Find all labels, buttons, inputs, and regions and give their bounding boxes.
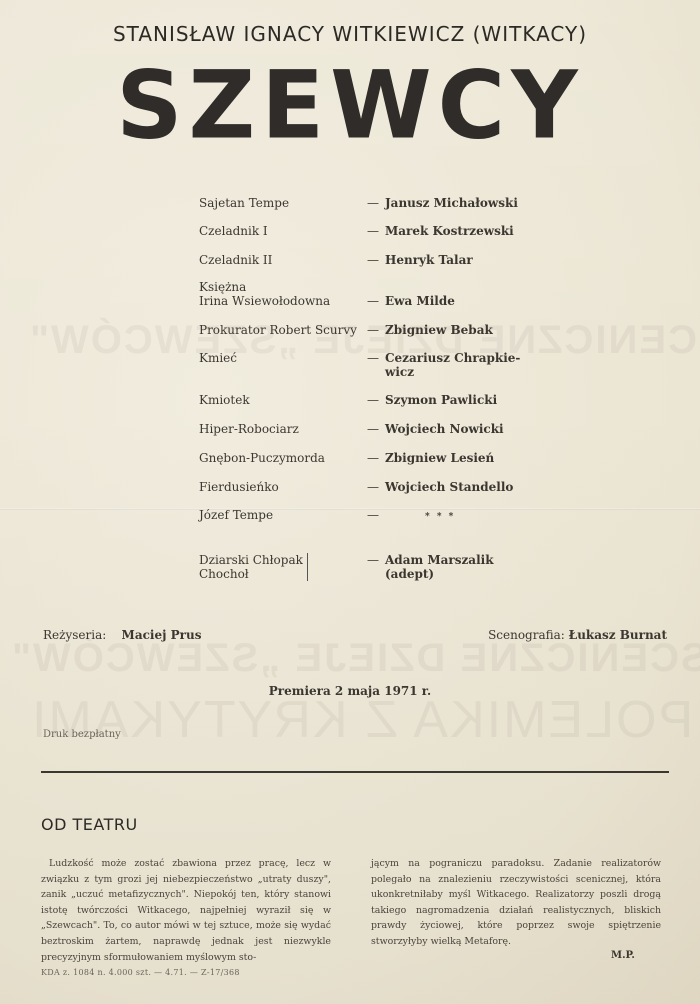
print-info: KDA z. 1084 n. 4.000 szt. — 4.71. — Z-17… (41, 968, 240, 977)
premiere-date: Premiera 2 maja 1971 r. (0, 684, 700, 698)
role-name: Sajetan Tempe (199, 196, 359, 210)
actor-name: —Henryk Talar (367, 253, 537, 267)
direction-credit: Reżyseria: Maciej Prus (43, 628, 201, 642)
bracket-divider (307, 553, 309, 581)
role-name: Fierdusieńko (199, 480, 359, 494)
actor-name: —Janusz Michałowski (367, 196, 537, 210)
article-paragraph: Ludzkość może zostać zbawiona przez prac… (41, 856, 331, 965)
actor-name: —Wojciech Nowicki (367, 422, 537, 436)
role-name: Prokurator Robert Scurvy (199, 323, 359, 337)
actor-name: —Cezariusz Chrapkie-wicz (367, 351, 537, 379)
role-name: Dziarski ChłopakChochoł (199, 553, 359, 581)
bleed-through-text: POLEMIKA Z KRYTYKAMI (30, 690, 693, 750)
actor-name: —Zbigniew Bebak (367, 323, 537, 337)
role-name: KsiężnaIrina Wsiewołodowna (199, 280, 359, 308)
play-title: SZEWCY (0, 59, 700, 153)
bleed-through-text: SCENICZNE DZIEJE „SZEWCÓW" (10, 636, 700, 681)
article-paragraph: jącym na pograniczu paradoksu. Zadanie r… (371, 856, 661, 950)
article-column-right: jącym na pograniczu paradoksu. Zadanie r… (371, 856, 661, 950)
free-print-note: Druk bezpłatny (43, 729, 121, 740)
article-column-left: Ludzkość może zostać zbawiona przez prac… (41, 856, 331, 965)
actor-name: —* * * (367, 508, 537, 524)
role-name: Gnębon-Puczymorda (199, 451, 359, 465)
actor-name: —Szymon Pawlicki (367, 393, 537, 407)
actor-name: —Wojciech Standello (367, 480, 537, 494)
role-name: Hiper-Robociarz (199, 422, 359, 436)
role-name: Czeladnik I (199, 224, 359, 238)
role-name: Kmieć (199, 351, 359, 365)
actor-name: —Zbigniew Lesień (367, 451, 537, 465)
role-name: Czeladnik II (199, 253, 359, 267)
actor-name: —Marek Kostrzewski (367, 224, 537, 238)
author-name: STANISŁAW IGNACY WITKIEWICZ (WITKACY) (0, 22, 700, 46)
article-signature: M.P. (611, 950, 635, 961)
bleed-through-text: SCENICZNE DZIEJE „SZEWCÓW" (28, 318, 700, 363)
actor-name: —Adam Marszalik(adept) (367, 553, 537, 581)
role-name: Kmiotek (199, 393, 359, 407)
article-heading: OD TEATRU (41, 815, 138, 834)
role-name: Józef Tempe (199, 508, 359, 522)
section-divider (41, 771, 669, 773)
scenography-credit: Scenografia: Łukasz Burnat (488, 628, 667, 642)
actor-name: —Ewa Milde (367, 294, 537, 308)
